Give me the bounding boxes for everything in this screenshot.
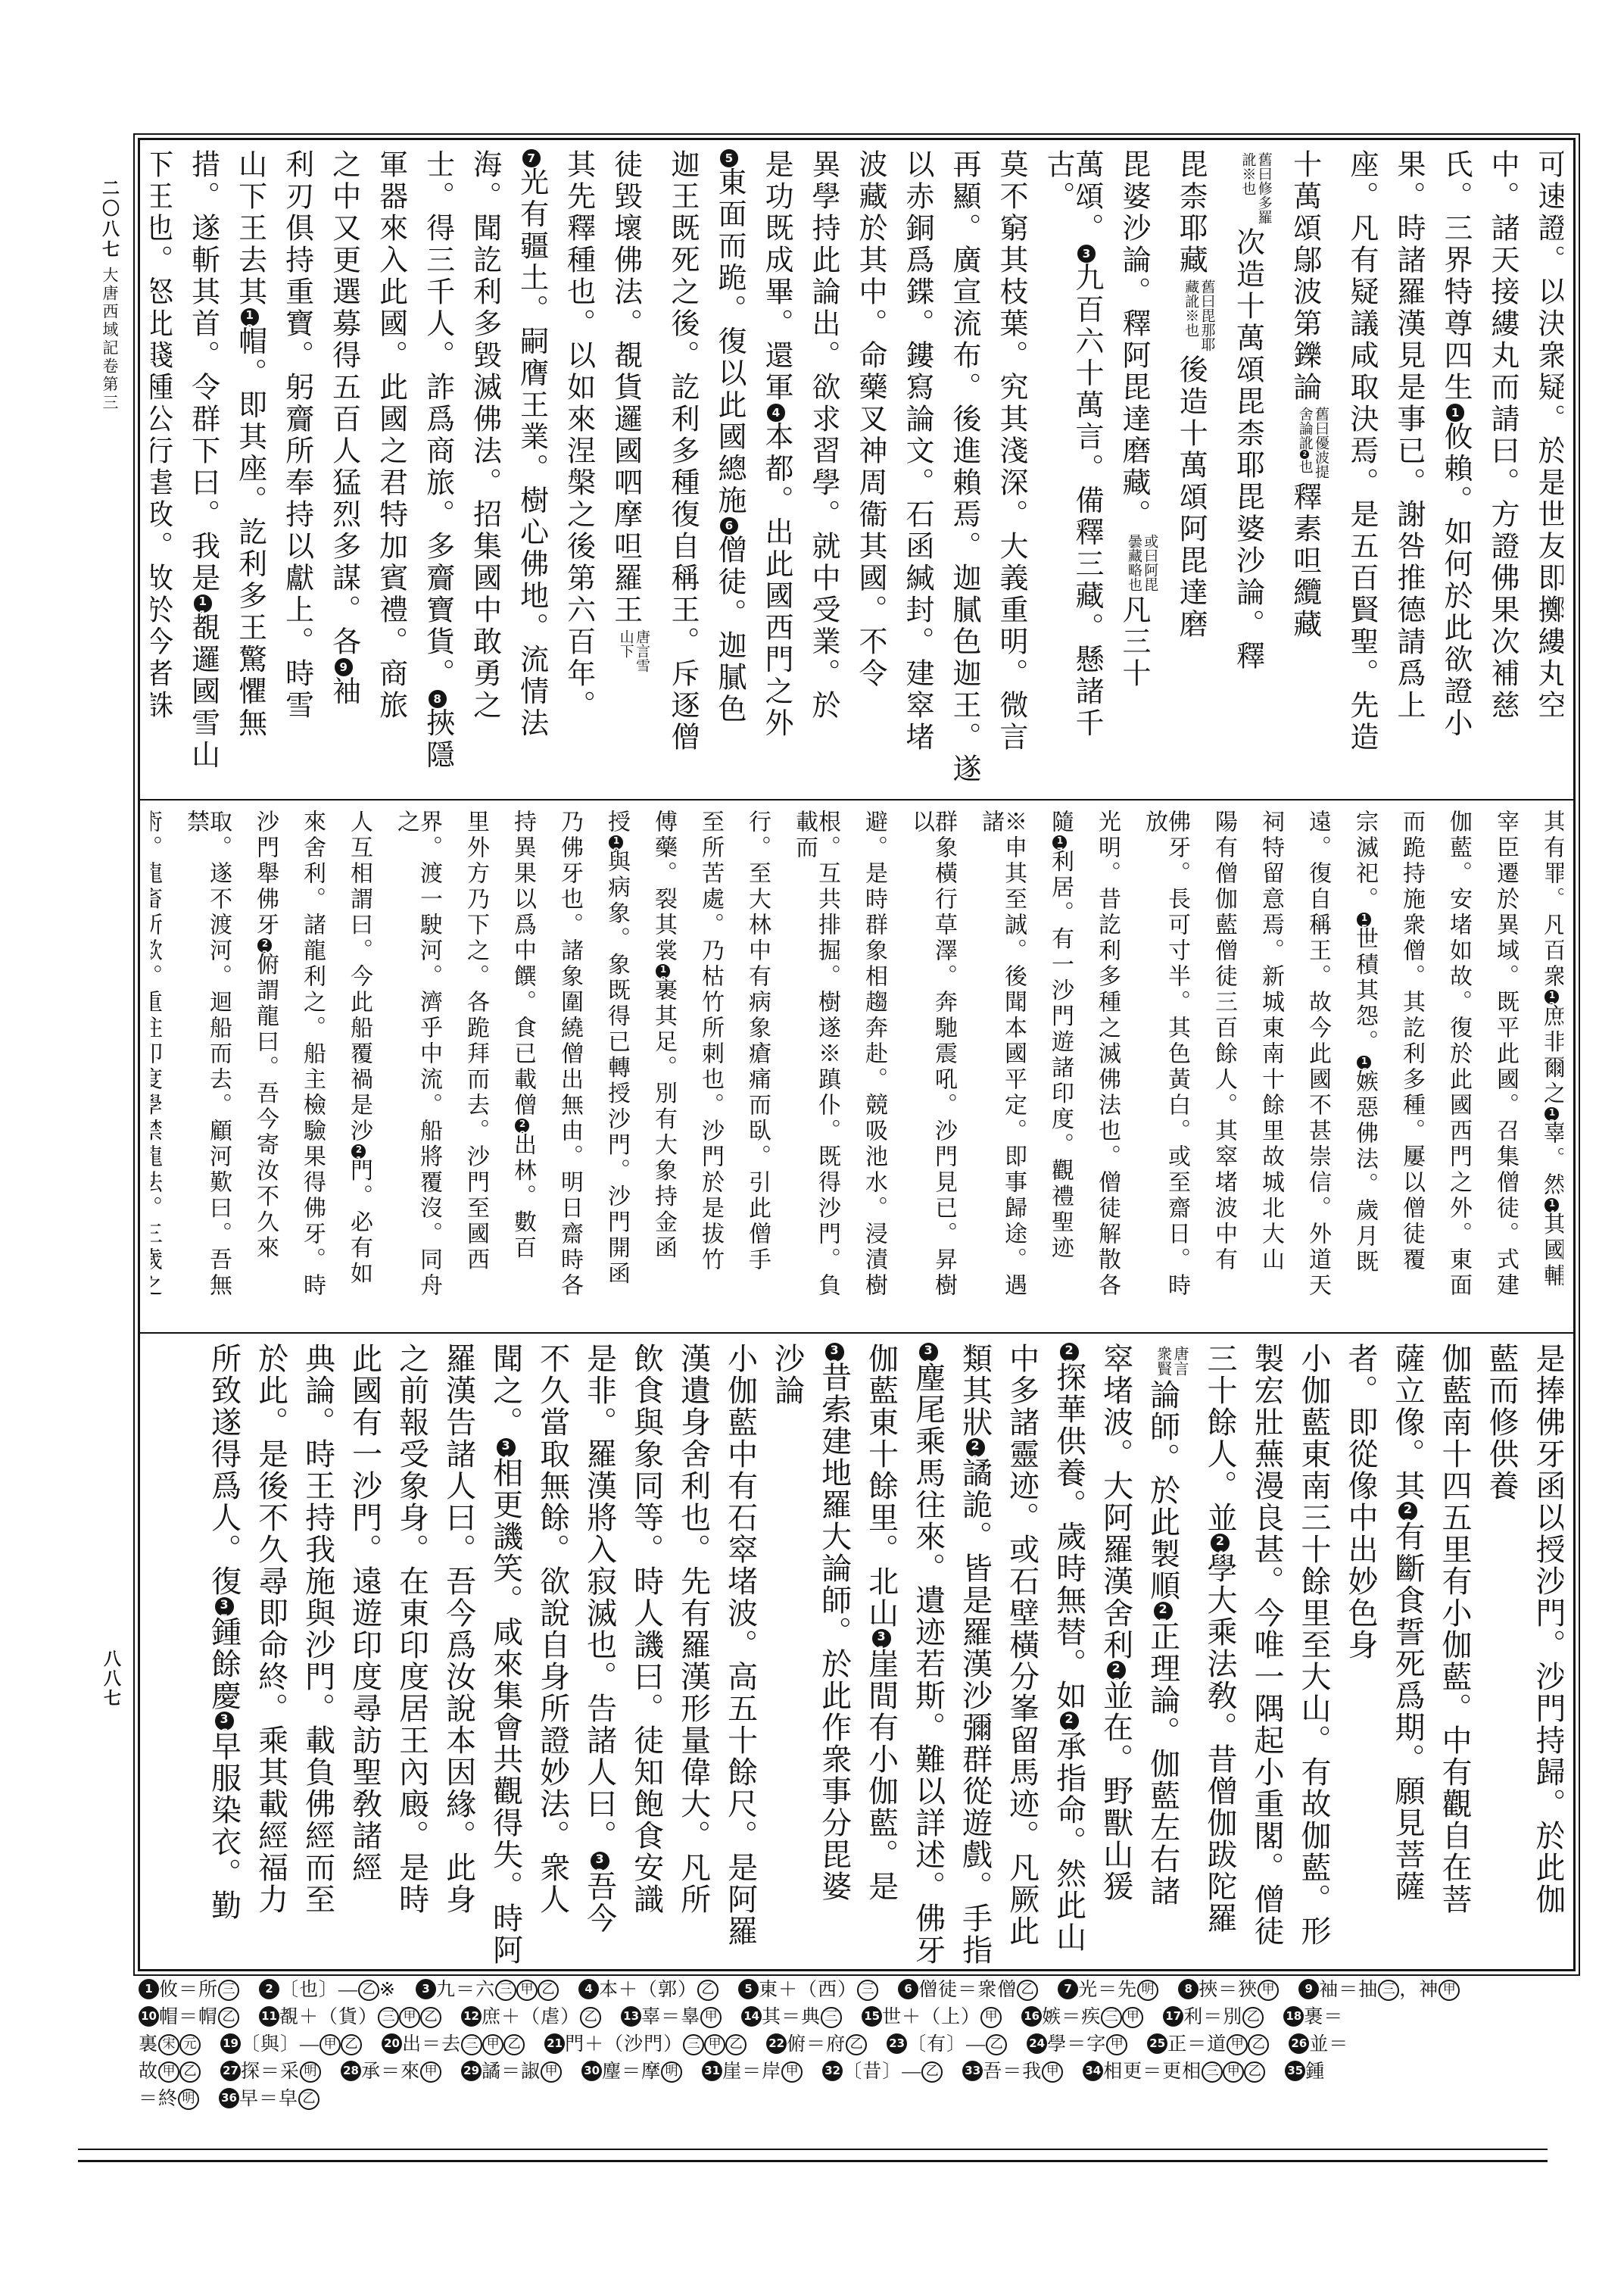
interlinear-note: 舊曰優波提舍論訛2也	[1296, 407, 1329, 479]
edition-siglum: 乙	[921, 2061, 943, 2083]
text-column: 萬頌。3九百六十萬言。備釋三藏。懸諸千古。	[1043, 149, 1101, 794]
circled-note-number: 33	[962, 2061, 983, 2081]
text-column: 波藏於其中。命藥叉神周衞其國。不令	[856, 149, 884, 794]
text-column: 聞之。34相更譏笑。咸來集會共觀得失。時阿	[491, 1343, 521, 1968]
circled-note-number: 26	[1289, 2033, 1309, 2054]
text-column: 持異果以爲中饌。食已載僧20出林。數百	[511, 810, 534, 1322]
circled-note-number: 25	[1154, 1602, 1173, 1621]
text-column: 避。是時群象相趨奔赴。競吸池水。浸漬樹	[862, 810, 885, 1322]
circled-note-number: 33	[591, 1852, 609, 1871]
circled-note-number: 12	[1545, 990, 1559, 1004]
edition-siglum: 乙	[298, 2089, 320, 2110]
text-column: 是功既成畢。還軍4本都。出此國西門之外	[762, 149, 790, 794]
circled-note-number: 36	[219, 2088, 239, 2108]
circled-note-number: 9	[335, 658, 353, 676]
circled-note-number: 28	[341, 2061, 361, 2081]
content-box-inner-border: 可速證。以決衆疑。於是世友即擲縷丸空中。諸天接縷丸而請曰。方證佛果次補慈氏。三界…	[138, 138, 1576, 1971]
edition-siglum: 甲	[1122, 2007, 1143, 2028]
edition-siglum: 乙	[538, 1980, 559, 2001]
interlinear-note: 唐言雪山下	[617, 629, 650, 673]
circled-note-number: 7	[1058, 1979, 1078, 1999]
circled-note-number: 1	[1446, 404, 1464, 422]
text-column: 舊曰修多羅訛※也次造十萬頌毘柰耶毘婆沙論。釋	[1233, 149, 1271, 794]
circled-note-number: 26	[1107, 1661, 1126, 1680]
text-column: 群象橫行草澤。奔馳震吼。沙門見已。昇樹以	[909, 810, 955, 1322]
text-column: 光明。昔訖利多種之滅佛法也。僧徒解散各	[1096, 810, 1118, 1322]
edition-siglum: 甲	[1258, 1980, 1279, 2001]
text-column: 三十餘人。並24學大乘法敎。昔僧伽跋陀羅	[1205, 1343, 1235, 1968]
edition-siglum: 甲	[1439, 1980, 1460, 2001]
edition-siglum: 乙	[1017, 1980, 1038, 2001]
text-column: 徒毀壞佛法。覩貨邏國呬摩呾羅王唐言雪山下	[611, 149, 650, 794]
interlinear-note: 或曰阿毘曇藏略也	[1126, 534, 1158, 591]
text-column: 薩立像。其23有斷食誓死爲期。願見菩薩	[1392, 1343, 1423, 1968]
circled-note-number: 16	[1357, 1056, 1371, 1070]
bottom-rule-1	[78, 2149, 1548, 2150]
circled-note-number: 13	[1545, 1107, 1559, 1122]
footnote-row: 1攸＝所三 2〔也〕―乙※ 3九＝六三甲乙 4本＋（郭）乙 5東＋（西）三 6僧…	[139, 1977, 1581, 2004]
text-column: 士。得三千人。詐爲商旅。多齎寶貨。8挾隱	[423, 149, 452, 794]
text-column: 行。至大林中有病象瘡痛而臥。引此僧手	[746, 810, 768, 1322]
edition-siglum: 乙	[580, 2007, 601, 2028]
text-band-bottom: 是捧佛牙函以授沙門。沙門持歸。於此伽藍而修供養伽藍南十四五里有小伽藍。中有觀自在…	[151, 1343, 1563, 1968]
edition-siglum: 甲	[1223, 2061, 1244, 2083]
circled-note-number: 2	[1300, 450, 1309, 459]
edition-siglum: 明	[178, 2089, 199, 2110]
text-column: 小伽藍中有石窣堵波。高五十餘尺。是阿羅	[725, 1343, 756, 1968]
text-column: 莫不窮其枝葉。究其淺深。大義重明。微言	[996, 149, 1025, 794]
circled-note-number: 28	[1060, 1712, 1079, 1731]
band-separator-2	[140, 1332, 1573, 1334]
text-column: 里外方乃下之。各跪拜而去。沙門至國西	[464, 810, 487, 1322]
edition-siglum: 乙	[697, 1980, 718, 2001]
text-column: 毘柰耶藏舊曰毘那耶藏訛※也後造十萬頌阿毘達磨	[1176, 149, 1214, 794]
edition-siglum: 甲	[781, 2061, 803, 2083]
circled-note-number: 24	[1027, 2033, 1047, 2054]
text-column: 此國有一沙門。遠遊印度尋訪聖敎諸經	[350, 1343, 380, 1968]
circled-note-number: 18	[1283, 2006, 1304, 2027]
text-column: 所致遂得爲人。復35鍾餘慶36早服染衣。勤	[209, 1343, 239, 1968]
text-column: 沙論	[772, 1343, 803, 1968]
edition-siglum: 甲	[482, 2034, 503, 2055]
edition-siglum: 甲	[420, 2061, 441, 2083]
text-band-top: 可速證。以決衆疑。於是世友即擲縷丸空中。諸天接縷丸而請曰。方證佛果次補慈氏。三界…	[151, 149, 1563, 794]
text-column: 祠特留意焉。新城東南十餘里故城北大山	[1259, 810, 1282, 1322]
circled-note-number: 4	[767, 404, 785, 422]
edition-siglum: 甲	[158, 2061, 179, 2083]
circled-note-number: 6	[720, 517, 738, 535]
text-column: 根。互共排掘。樹遂※蹎仆。既得沙門。負載而	[793, 810, 838, 1322]
text-column: 氏。三界特尊四生1攸賴。如何於此欲證小	[1441, 149, 1470, 794]
text-column: 異學持此論出。欲求習學。就中受業。於	[809, 149, 837, 794]
text-column: 界。渡一駛河。濟乎中流。船將覆沒。同舟之	[394, 810, 440, 1322]
text-column: 利刃俱持重寶。躬齎所奉持以獻上。時雪	[282, 149, 311, 794]
circled-note-number: 18	[656, 964, 670, 978]
circled-note-number: 27	[220, 2061, 241, 2081]
edition-siglum: 甲	[700, 2007, 722, 2028]
interlinear-note: 舊曰毘那耶藏訛※也	[1183, 279, 1215, 351]
circled-note-number: 34	[497, 1438, 516, 1457]
circled-note-number: 1	[139, 1979, 159, 1999]
circled-note-number: 11	[194, 595, 212, 613]
text-column: 果。時諸羅漢見是事已。謝咎推德請爲上	[1394, 149, 1423, 794]
circled-note-number: 25	[1147, 2033, 1167, 2054]
edition-siglum: 宋	[158, 2034, 179, 2055]
text-column: 之中又更選募得五百人猛烈多謀。各9袖	[329, 149, 358, 794]
edition-siglum: 三	[1202, 2061, 1223, 2083]
text-column: 5東面而跪。復以此國總施6僧徒。迦膩色	[715, 149, 743, 794]
edition-siglum: 明	[661, 2061, 682, 2083]
margin-book-title: 大唐西域記卷第三	[98, 267, 121, 412]
edition-siglum: 乙	[1244, 2061, 1265, 2083]
edition-siglum: 乙	[218, 2007, 239, 2028]
circled-note-number: 12	[461, 2006, 482, 2027]
text-column: 術。龍畜所欺。重往印度學禁龍法。三歲之	[151, 810, 160, 1322]
edition-siglum: 三	[218, 1980, 239, 2001]
interlinear-note: 唐言衆賢	[1154, 1346, 1188, 1376]
text-column: 海。聞訖利多毀滅佛法。招集國中敢勇之	[470, 149, 499, 794]
text-column: 30麈尾乘馬往來。遺迹若斯。難以詳述。佛牙	[913, 1343, 943, 1968]
text-column: 7光有疆土。嗣膺王業。樹心佛地。流情法	[517, 149, 546, 794]
text-column: 32昔索建地羅大論師。於此作衆事分毘婆	[819, 1343, 849, 1968]
text-column: 伽藍東十餘里。北山31崖間有小伽藍。是	[866, 1343, 896, 1968]
text-column: 類其狀29譎詭。皆是羅漢沙彌群從遊戲。手指	[960, 1343, 990, 1968]
circled-note-number: 9	[1298, 1979, 1319, 1999]
text-column: 不久當取無餘。欲說自身所證妙法。衆人	[538, 1343, 568, 1968]
edition-siglum: 乙	[1248, 2034, 1269, 2055]
text-column: ※申其至誠。後聞本國平定。即事歸途。遇諸	[979, 810, 1024, 1322]
edition-siglum: 甲	[320, 2034, 341, 2055]
circled-note-number: 32	[822, 2061, 843, 2081]
margin-page-number: 八八七	[98, 1649, 123, 1709]
text-column: 十萬頌鄔波第鑠論舊曰優波提舍論訛2也釋素呾纜藏	[1290, 149, 1329, 794]
text-column: 遠。復自稱王。故今此國不甚崇信。外道天	[1306, 810, 1329, 1322]
circled-note-number: 24	[1211, 1534, 1230, 1553]
circled-note-number: 36	[215, 1712, 234, 1731]
edition-siglum: 甲	[516, 1980, 538, 2001]
band-separator-1	[140, 799, 1573, 801]
circled-note-number: 29	[966, 1438, 985, 1457]
edition-siglum: 乙	[725, 2034, 747, 2055]
circled-note-number: 11	[259, 2006, 279, 2027]
text-column: 小伽藍東南三十餘里至大山。有故伽藍。形	[1298, 1343, 1329, 1968]
edition-siglum: 乙	[179, 2061, 201, 2083]
circled-note-number: 31	[872, 1629, 891, 1648]
circled-note-number: 35	[215, 1597, 234, 1616]
circled-note-number: 4	[578, 1979, 599, 1999]
text-column: 中。諸天接縷丸而請曰。方證佛果次補慈	[1488, 149, 1516, 794]
edition-siglum: 乙	[503, 2034, 525, 2055]
text-column: 至所苦處。乃枯竹所刺也。沙門於是拔竹	[699, 810, 722, 1322]
circled-note-number: 22	[766, 2033, 787, 2054]
edition-siglum: 乙	[846, 2034, 867, 2055]
text-band-middle: 其有罪。凡百衆12庶非爾之13辜。然14其國輔宰臣遷於異域。既平此國。召集僧徒。…	[151, 810, 1563, 1322]
circled-note-number: 14	[741, 2006, 762, 2027]
text-column: 是非。羅漢將入寂滅也。告諸人曰。33吾今	[584, 1343, 615, 1968]
text-column: 宗滅祀。15世積其怨。16嫉惡佛法。歲月既	[1353, 810, 1376, 1322]
edition-siglum: 甲	[704, 2034, 725, 2055]
circled-note-number: 35	[1285, 2061, 1305, 2081]
text-column: 佛牙。長可寸半。其色黃白。或至齋日。時放	[1142, 810, 1188, 1322]
text-column: 傅藥。裂其裳18裹其足。別有大象持金函	[652, 810, 675, 1322]
text-column: 隨17利居。有一沙門遊諸印度。觀禮聖迹	[1049, 810, 1071, 1322]
circled-note-number: 5	[720, 149, 738, 167]
circled-note-number: 27	[1060, 1343, 1079, 1362]
text-column: 窣堵波。大阿羅漢舍利26並在。野獸山猨	[1101, 1343, 1131, 1968]
edition-siglum: 三	[821, 2007, 842, 2028]
text-column: 迦王既死之後。訖利多種復自稱王。斥逐僧	[668, 149, 697, 794]
circled-note-number: 8	[429, 690, 447, 708]
circled-note-number: 15	[1357, 913, 1371, 927]
edition-siglum: 三	[495, 1980, 516, 2001]
text-column: 授19與病象。象既得已轉授沙門。沙門開函	[605, 810, 628, 1322]
text-column: 措。遂斬其首。令群下曰。我是11覩邏國雪山	[189, 149, 217, 794]
margin-folio-number: 二〇八七	[97, 179, 122, 261]
edition-siglum: 甲	[1227, 2034, 1248, 2055]
text-column: 於此。是後不久尋即命終。乘其載經福力	[256, 1343, 286, 1968]
text-column: 羅漢告諸人曰。吾今爲汝說本因緣。此身	[444, 1343, 474, 1968]
text-column: 其先釋種也。以如來涅槃之後第六百年。	[564, 149, 593, 794]
bottom-rule-2	[78, 2160, 1548, 2162]
circled-note-number: 23	[1398, 1502, 1417, 1521]
circled-note-number: 22	[257, 938, 272, 953]
text-column: 27探華供養。歲時無替。如28承指命。然此山	[1054, 1343, 1084, 1968]
text-column: 下王也。怒此賤種公行虐政。故於今者誅	[151, 149, 170, 794]
text-column: 可速證。以決衆疑。於是世友即擲縷丸空	[1535, 149, 1563, 794]
text-column: 陽有僧伽藍僧徒三百餘人。其窣堵波中有	[1212, 810, 1235, 1322]
circled-note-number: 19	[609, 835, 623, 850]
circled-note-number: 31	[702, 2061, 722, 2081]
edition-siglum: 甲	[399, 2007, 420, 2028]
edition-siglum: 乙	[341, 2034, 362, 2055]
circled-note-number: 30	[919, 1343, 938, 1362]
text-column: 製宏壯蕪漫良甚。今唯一隅起小重閣。僧徒	[1252, 1343, 1282, 1968]
text-column: 沙門舉佛牙22俯謂龍曰。吾今寄汝不久來	[254, 810, 276, 1322]
page: 二〇八七 大唐西域記卷第三 八八七 可速證。以決衆疑。於是世友即擲縷丸空中。諸天…	[0, 0, 1624, 2272]
content-box: 可速證。以決衆疑。於是世友即擲縷丸空中。諸天接縷丸而請曰。方證佛果次補慈氏。三界…	[133, 133, 1580, 1976]
text-column: 者。即從像中出妙色身	[1345, 1343, 1376, 1968]
edition-siglum: 元	[179, 2034, 201, 2055]
circled-note-number: 3	[416, 1979, 436, 1999]
text-column: 以赤銅爲鍱。鏤寫論文。石函緘封。建窣堵	[902, 149, 931, 794]
footnote-row: 10帽＝㡌乙 11覩＋（貨）三甲乙 12庶＋（虐）乙 13辜＝辠甲 14其＝典三…	[139, 2004, 1581, 2031]
circled-note-number: 8	[1178, 1979, 1199, 1999]
footnote-row: 裏宋元 19〔與〕―甲乙 20出＝去三甲乙 21門＋（沙門）三甲乙 22俯＝府乙…	[139, 2031, 1581, 2058]
text-column: 再顯。廣宣流布。後進賴焉。迦膩色迦王。遂	[949, 149, 978, 794]
circled-note-number: 20	[515, 1119, 529, 1133]
text-column: 是捧佛牙函以授沙門。沙門持歸。於此伽	[1533, 1343, 1563, 1968]
edition-siglum: 甲	[980, 2007, 1002, 2028]
text-column: 之前報受象身。在東印度居王內廄。是時	[397, 1343, 427, 1968]
text-column: 取。遂不渡河。迴船而去。顧河歎曰。吾無禁	[184, 810, 229, 1322]
circled-note-number: 7	[522, 149, 541, 167]
edition-siglum: 乙	[420, 2007, 441, 2028]
edition-siglum: 乙	[358, 1980, 379, 2001]
edition-siglum: 三	[1378, 1980, 1399, 2001]
circled-note-number: 13	[621, 2006, 641, 2027]
edition-siglum: 三	[1101, 2007, 1122, 2028]
edition-siglum: 甲	[1106, 2034, 1127, 2055]
footnote-row: ＝終明 36早＝皁乙	[139, 2086, 1581, 2113]
footnote-row: 故甲乙 27探＝采明 28承＝來甲 29譎＝諔甲 30麈＝摩明 31崖＝岸甲 3…	[139, 2058, 1581, 2086]
circled-note-number: 21	[351, 1144, 366, 1159]
edition-siglum: 甲	[1042, 2061, 1063, 2083]
text-column: 典論。時王持我施與沙門。載負佛經而至	[303, 1343, 333, 1968]
circled-note-number: 16	[1021, 2006, 1042, 2027]
circled-note-number: 30	[581, 2061, 602, 2081]
circled-note-number: 15	[862, 2006, 882, 2027]
circled-note-number: 2	[259, 1979, 279, 1999]
text-column: 人互相謂曰。今此船覆禍是沙21門。必有如	[348, 810, 370, 1322]
text-column: 山下王去其10帽。即其座。訖利多王驚懼無	[235, 149, 264, 794]
edition-siglum: 甲	[541, 2061, 562, 2083]
edition-siglum: 三	[683, 2034, 704, 2055]
circled-note-number: 23	[887, 2033, 907, 2054]
text-column: 漢遺身舍利也。先有羅漢形量偉大。凡所	[678, 1343, 709, 1968]
edition-siglum: 明	[1137, 1980, 1158, 2001]
text-column: 其有罪。凡百衆12庶非爾之13辜。然14其國輔	[1541, 810, 1563, 1322]
circled-note-number: 10	[139, 2006, 159, 2027]
circled-note-number: 17	[1163, 2006, 1183, 2027]
footnotes-apparatus: 1攸＝所三 2〔也〕―乙※ 3九＝六三甲乙 4本＋（郭）乙 5東＋（西）三 6僧…	[139, 1977, 1581, 2113]
circled-note-number: 17	[1052, 835, 1067, 850]
edition-siglum: 三	[857, 1980, 878, 2001]
circled-note-number: 14	[1545, 1198, 1559, 1212]
text-column: 唐言衆賢論師。於此製順25正理論。伽藍左右諸	[1148, 1343, 1188, 1968]
edition-siglum: 乙	[986, 2034, 1007, 2055]
edition-siglum: 三	[378, 2007, 399, 2028]
text-column: 軍器來入此國。此國之君特加賓禮。商旅	[376, 149, 405, 794]
circled-note-number: 10	[241, 308, 259, 326]
circled-note-number: 5	[738, 1979, 759, 1999]
text-column: 伽藍南十四五里有小伽藍。中有觀自在菩	[1439, 1343, 1470, 1968]
text-column: 宰臣遷於異域。既平此國。召集僧徒。式建	[1494, 810, 1516, 1322]
edition-siglum: 三	[461, 2034, 482, 2055]
text-column: 乃佛牙也。諸象圍繞僧出無由。明日齋時各	[558, 810, 581, 1322]
text-column: 毘婆沙論。釋阿毘達磨藏。或曰阿毘曇藏略也凡三十	[1119, 149, 1158, 794]
circled-note-number: 19	[220, 2033, 241, 2054]
interlinear-note: 舊曰修多羅訛※也	[1239, 152, 1272, 224]
edition-siglum: 明	[300, 2061, 321, 2083]
text-column: 來舍利。諸龍利之。船主檢驗果得佛牙。時	[301, 810, 323, 1322]
circled-note-number: 20	[382, 2033, 402, 2054]
circled-note-number: 21	[544, 2033, 565, 2054]
text-column: 飲食與象同等。時人譏曰。徒知飽食安識	[631, 1343, 662, 1968]
text-column: 座。凡有疑議咸取決焉。是五百賢聖。先造	[1347, 149, 1376, 794]
circled-note-number: 6	[898, 1979, 918, 1999]
circled-note-number: 34	[1083, 2061, 1103, 2081]
text-column: 伽藍。安堵如故。復於此國西門之外。東面	[1447, 810, 1470, 1322]
circled-note-number: 3	[1077, 245, 1096, 263]
circled-note-number: 32	[825, 1343, 844, 1362]
text-column: 藍而修供養	[1486, 1343, 1516, 1968]
circled-note-number: 29	[461, 2061, 482, 2081]
text-column: 中多諸靈迹。或石壁橫分峯留馬迹。凡厥此	[1007, 1343, 1037, 1968]
edition-siglum: 乙	[1242, 2007, 1264, 2028]
text-column: 而跪持施衆僧。其訖利多種。屢以僧徒覆	[1400, 810, 1423, 1322]
